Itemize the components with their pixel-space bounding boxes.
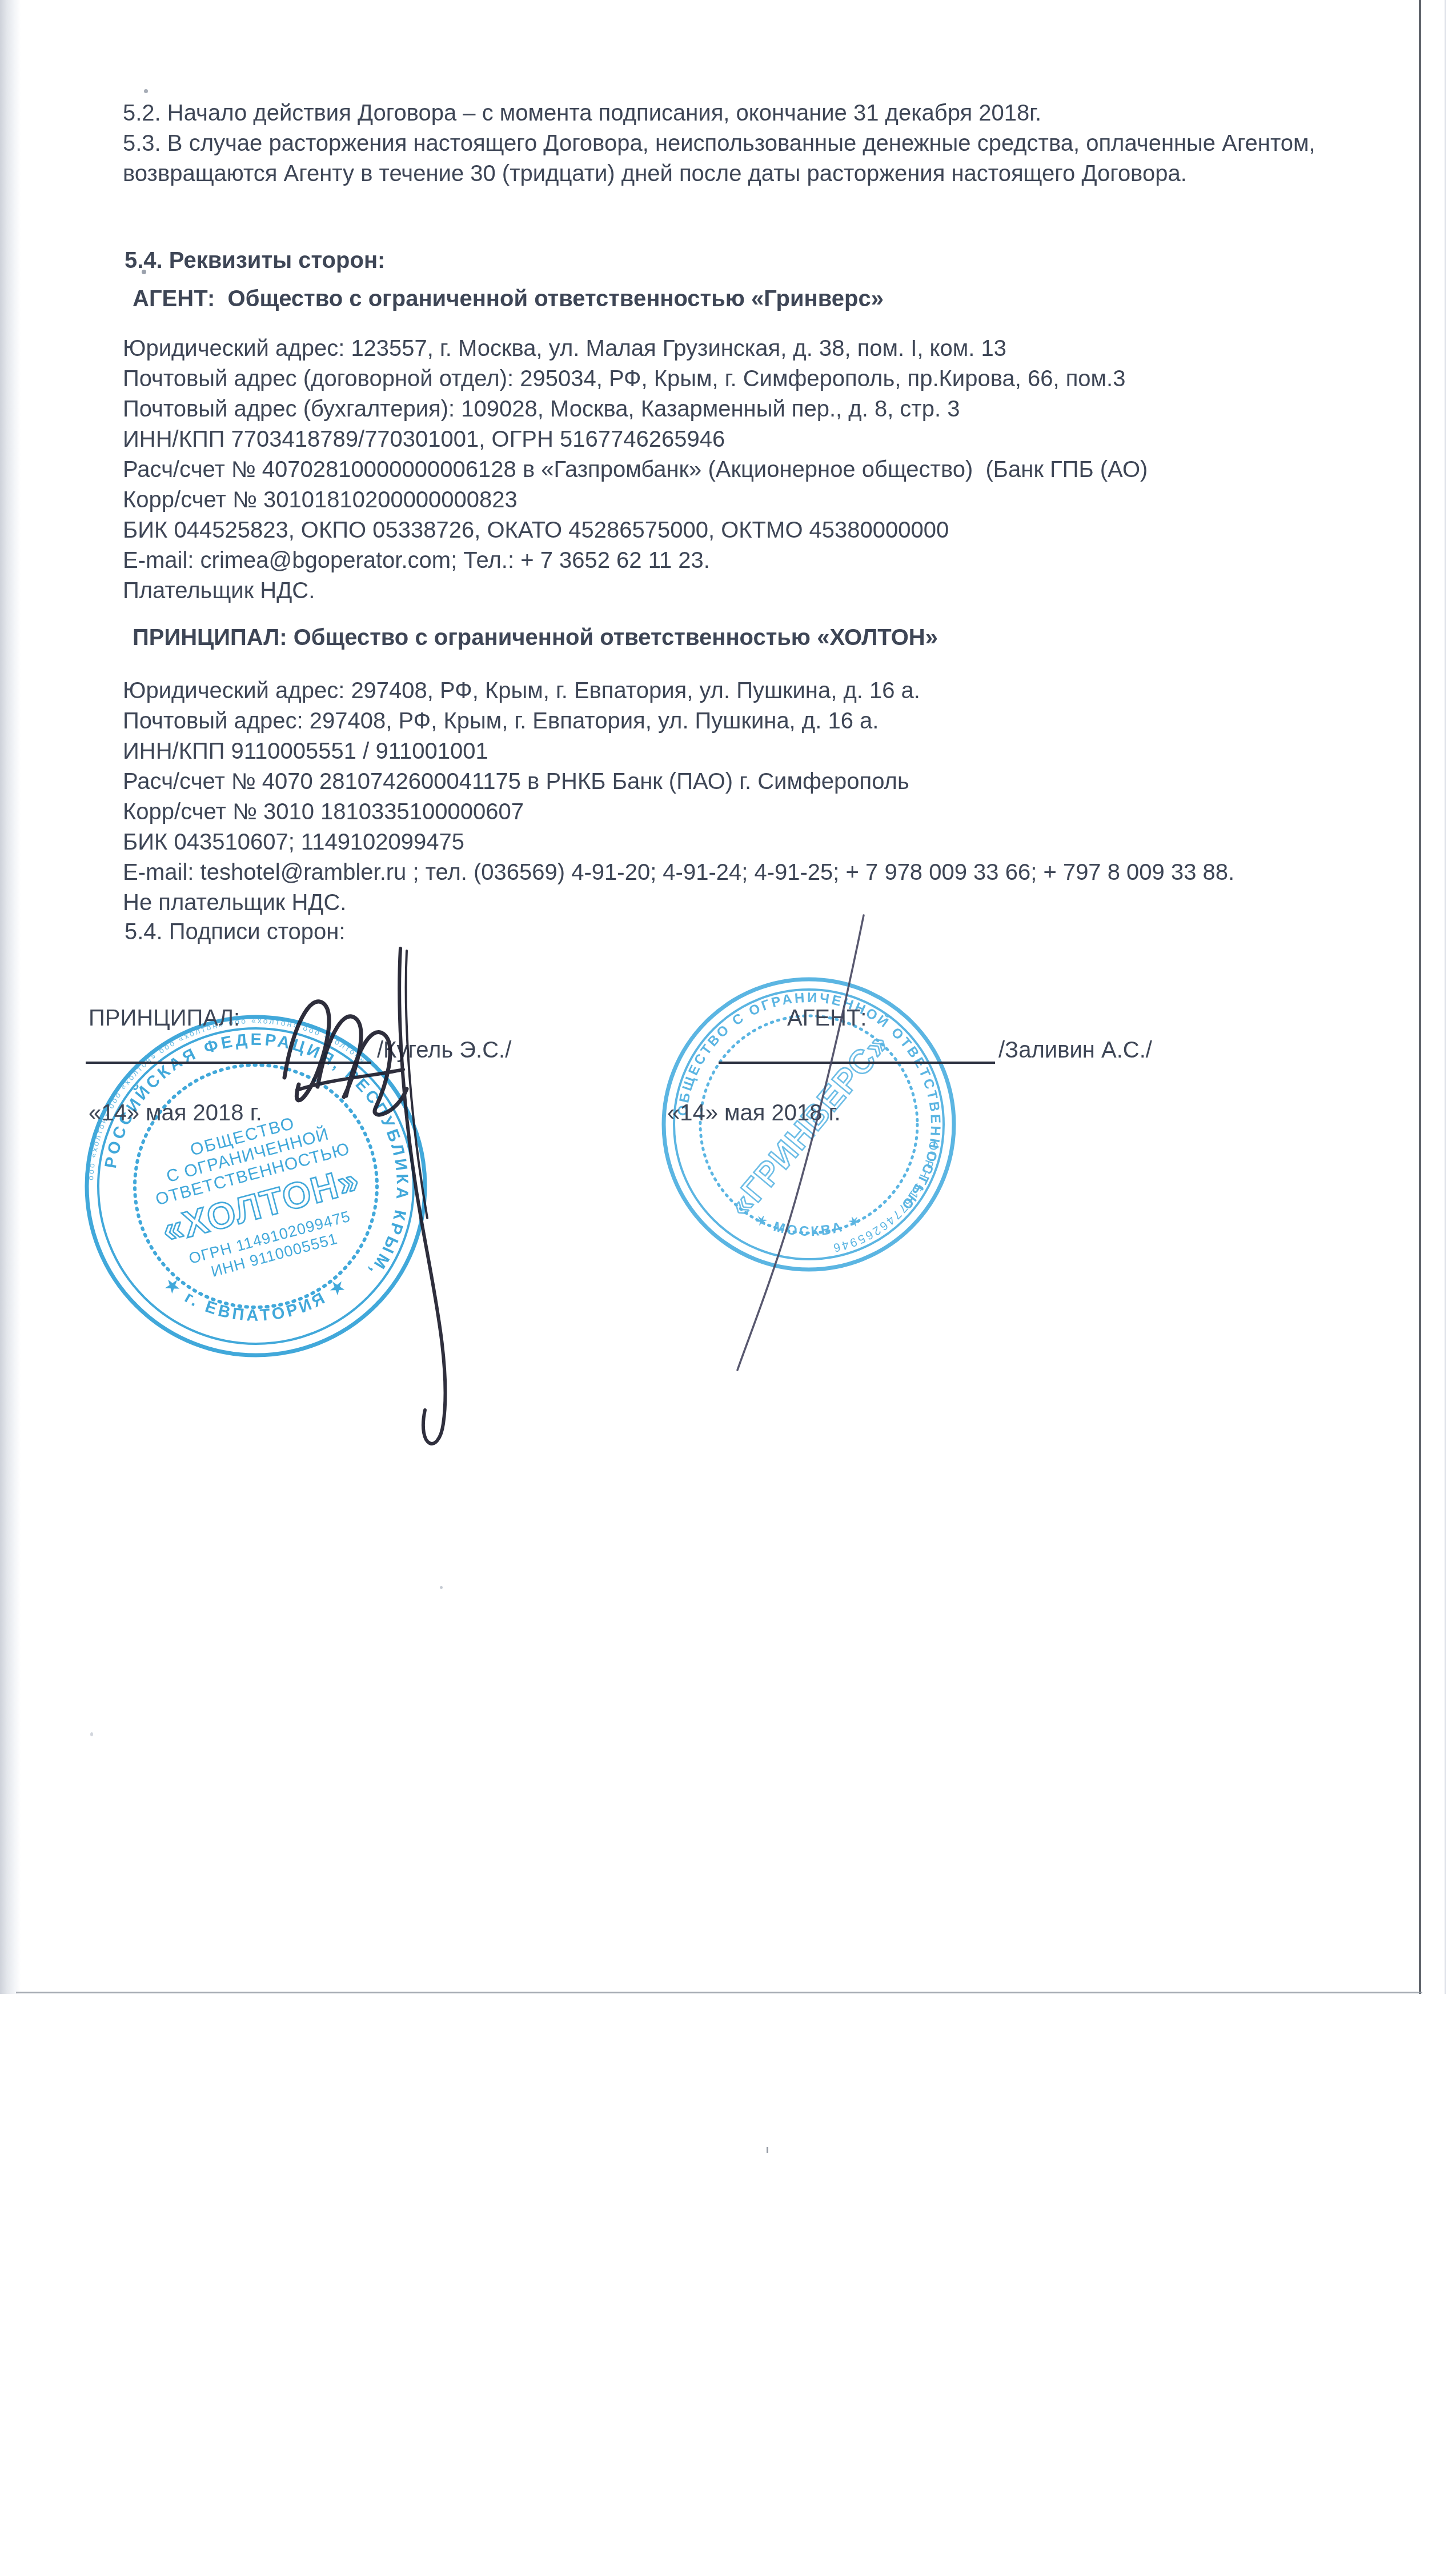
- principal-signature-line: [86, 1062, 371, 1064]
- requisite-line: Расч/счет № 4070 2810742600041175 в РНКБ…: [123, 767, 1414, 797]
- agent-signature-date: «14» мая 2018 г.: [667, 1098, 841, 1128]
- agent-requisites-block: Юридический адрес: 123557, г. Москва, ул…: [123, 334, 1402, 606]
- scan-edge-right-faint-line: [1445, 0, 1446, 1994]
- scan-edge-right-line: [1419, 0, 1421, 1994]
- requisite-line: Корр/счет № 3010 1810335100000607: [123, 797, 1414, 827]
- dust-speck: [440, 1586, 443, 1589]
- principal-signature-date: «14» мая 2018 г.: [89, 1098, 262, 1128]
- dust-speck: [767, 2147, 768, 2153]
- requisite-line: Плательщик НДС.: [123, 576, 1402, 606]
- scanned-contract-page: 5.2. Начало действия Договора – с момент…: [0, 0, 1456, 2571]
- agent-signature-label: АГЕНТ:: [787, 1003, 867, 1034]
- principal-heading: ПРИНЦИПАЛ: Общество с ограниченной ответ…: [133, 623, 938, 653]
- clauses-block: 5.2. Начало действия Договора – с момент…: [123, 98, 1397, 189]
- requisite-line: Почтовый адрес (договорной отдел): 29503…: [123, 364, 1402, 394]
- clause-line: возвращаются Агенту в течение 30 (тридца…: [123, 159, 1397, 189]
- principal-signatory-name: /Кугель Э.С./: [377, 1035, 511, 1066]
- clause-line: 5.3. В случае расторжения настоящего Дог…: [123, 129, 1397, 159]
- requisite-line: Юридический адрес: 297408, РФ, Крым, г. …: [123, 676, 1414, 706]
- scan-edge-left: [0, 0, 21, 1994]
- clause-line: 5.2. Начало действия Договора – с момент…: [123, 98, 1397, 129]
- dust-speck: [90, 1732, 93, 1736]
- requisite-line: Расч/счет № 40702810000000006128 в «Газп…: [123, 455, 1402, 485]
- signatures-heading: 5.4. Подписи сторон:: [125, 917, 346, 947]
- svg-text:✶ МОСКВА ✶: ✶ МОСКВА ✶: [753, 1212, 865, 1239]
- agent-signature-line: [719, 1062, 995, 1064]
- requisite-line: БИК 044525823, ОКПО 05338726, ОКАТО 4528…: [123, 515, 1402, 546]
- requisite-line: ИНН/КПП 7703418789/770301001, ОГРН 51677…: [123, 425, 1402, 455]
- principal-signature-label: ПРИНЦИПАЛ:: [89, 1003, 240, 1034]
- svg-text:ОГРН 5167746265946: ОГРН 5167746265946: [831, 1140, 940, 1255]
- principal-requisites-block: Юридический адрес: 297408, РФ, Крым, г. …: [123, 676, 1414, 918]
- stamp-ogrn-ring-text: ОГРН 5167746265946: [831, 1140, 940, 1255]
- requisite-line: ИНН/КПП 9110005551 / 911001001: [123, 736, 1414, 767]
- requisites-heading: 5.4. Реквизиты сторон:: [125, 246, 385, 276]
- requisite-line: E-mail: teshotel@rambler.ru ; тел. (0365…: [123, 858, 1414, 888]
- stamp-bottom-ring-text: ✶ МОСКВА ✶: [753, 1212, 865, 1239]
- agent-heading: АГЕНТ: Общество с ограниченной ответстве…: [133, 284, 884, 314]
- requisite-line: E-mail: crimea@bgoperator.com; Тел.: + 7…: [123, 546, 1402, 576]
- requisite-line: БИК 043510607; 1149102099475: [123, 827, 1414, 858]
- scan-edge-bottom-line: [16, 1992, 1422, 1993]
- dust-speck: [144, 89, 148, 93]
- requisite-line: Почтовый адрес: 297408, РФ, Крым, г. Евп…: [123, 706, 1414, 736]
- stamp-bottom-ring-text: ★ г. ЕВПАТОРИЯ ★: [161, 1275, 351, 1325]
- requisite-line: Почтовый адрес (бухгалтерия): 109028, Мо…: [123, 394, 1402, 425]
- svg-text:★ г. ЕВПАТОРИЯ ★: ★ г. ЕВПАТОРИЯ ★: [161, 1275, 351, 1325]
- requisite-line: Юридический адрес: 123557, г. Москва, ул…: [123, 334, 1402, 364]
- requisite-line: Не плательщик НДС.: [123, 888, 1414, 918]
- agent-signatory-name: /Заливин А.С./: [998, 1035, 1152, 1066]
- requisite-line: Корр/счет № 30101810200000000823: [123, 485, 1402, 515]
